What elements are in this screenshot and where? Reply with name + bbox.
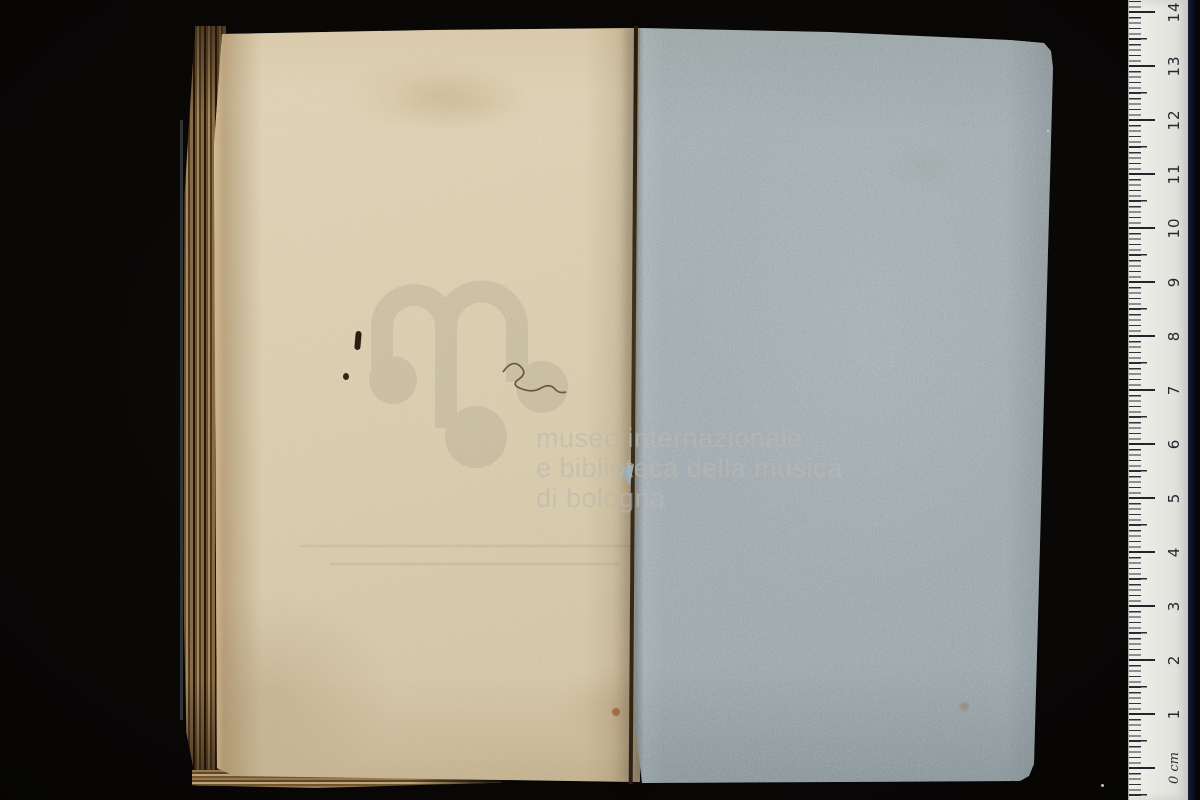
crease-line bbox=[330, 563, 620, 565]
foxing-spot bbox=[612, 708, 620, 716]
watermark-text-line: di bologna bbox=[536, 483, 843, 513]
right-page bbox=[630, 24, 1056, 786]
ruler: 14131211109876543210 cm bbox=[1128, 0, 1189, 800]
ruler-edge-strip bbox=[1188, 0, 1196, 800]
smudge bbox=[885, 144, 965, 190]
foxing-spot bbox=[960, 702, 969, 711]
dust-speck bbox=[1047, 130, 1049, 132]
dust-speck bbox=[1101, 784, 1104, 787]
crease-line bbox=[300, 545, 645, 547]
photo-stage: museo internazionalee biblioteca della m… bbox=[0, 0, 1200, 800]
cover-edge bbox=[180, 120, 183, 720]
watermark-text-line: museo internazionale bbox=[536, 423, 843, 453]
paper-texture-right bbox=[630, 24, 1056, 786]
foxing-stain bbox=[385, 71, 535, 131]
watermark-text-line: e biblioteca della musica bbox=[536, 453, 843, 483]
watermark-text: museo internazionalee biblioteca della m… bbox=[536, 423, 843, 513]
